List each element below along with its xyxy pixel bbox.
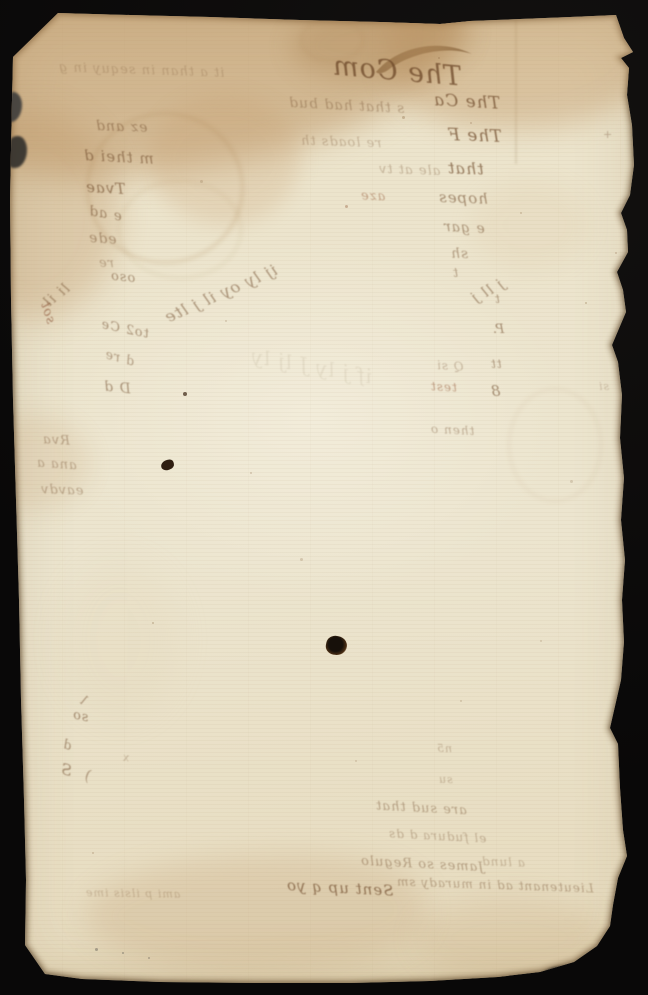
laid-paper-texture — [0, 0, 648, 995]
ink-fragment: eavdv — [40, 483, 84, 498]
foxing-speck — [615, 252, 617, 254]
tide-ring-stain — [300, 18, 364, 62]
ink-fragment: The Ca — [433, 92, 501, 112]
ink-fragment: m thei d — [83, 148, 154, 167]
ink-fragment: sh — [450, 247, 469, 262]
foxing-speck — [200, 180, 203, 183]
ink-dot — [183, 392, 187, 396]
foxing-speck — [520, 212, 522, 214]
ink-fragment: su — [438, 774, 453, 786]
ink-fragment: d re — [103, 348, 136, 368]
foxing-speck — [345, 205, 348, 208]
ink-fragment: P. — [492, 323, 504, 336]
ink-fragment: s that had bud — [288, 96, 405, 116]
ink-fragment: ) — [81, 767, 94, 783]
ink-fragment: ale at tv — [378, 163, 441, 178]
foxing-speck — [95, 948, 98, 951]
ink-fragment: to2 Ce — [99, 318, 150, 341]
ink-fragment: so — [71, 708, 90, 724]
ink-fragment: S — [58, 761, 74, 780]
document-scan: it a than in sequy in gThe ComThe Cas th… — [0, 0, 648, 995]
ink-fragment: aze — [360, 190, 386, 204]
ink-fragment: it a than in sequy in g — [58, 61, 225, 80]
ink-fragment: D d — [102, 380, 131, 397]
ink-fragment: l — [76, 694, 89, 706]
ink-fragment: + — [602, 129, 612, 140]
ink-fragment: are sud that — [375, 800, 467, 818]
ink-fragment: e ad — [87, 204, 123, 224]
paper-stain — [0, 110, 120, 320]
ink-fragment: n5 — [436, 743, 452, 755]
ink-fragment: sot — [38, 300, 57, 326]
ink-fragment: then o — [430, 423, 475, 437]
ink-fragment: Q si — [436, 359, 464, 373]
ink-fragment: ij ly oy il j lte — [162, 262, 280, 326]
foxing-speck — [152, 622, 154, 624]
paper-stain — [82, 846, 428, 979]
paper-stain — [0, 0, 468, 188]
paper-stain — [415, 895, 605, 980]
foxing-speck — [585, 302, 587, 304]
paper-stain — [150, 95, 300, 225]
ink-fragment: a lund — [481, 855, 525, 869]
foxing-speck — [570, 480, 573, 483]
manuscript-page: it a than in sequy in gThe ComThe Cas th… — [0, 0, 648, 995]
edge-residue — [6, 136, 27, 168]
foxing-speck — [92, 852, 94, 854]
ink-fragment: t — [452, 267, 458, 280]
ink-fragment: if j ly J lj ly — [249, 345, 373, 386]
paper-stain — [0, 415, 90, 510]
ink-fragment: James so Regulo — [360, 855, 484, 874]
ink-fragment: ana a — [36, 457, 78, 473]
edge-residue — [544, 966, 590, 980]
paper-edge-vignette — [0, 0, 648, 995]
ink-fragment: el fudura d ds — [388, 827, 487, 844]
ink-fragment: ez and — [95, 119, 148, 135]
ink-fragment: oso — [109, 270, 136, 286]
foxing-speck — [402, 116, 405, 119]
foxing-speck — [300, 558, 303, 561]
tide-ring-stain — [86, 112, 244, 264]
ink-fragment: x — [121, 751, 130, 763]
ink-fragment: 8 — [490, 384, 501, 399]
foxing-speck — [122, 952, 124, 954]
foxing-speck — [148, 957, 150, 959]
foxing-speck — [250, 472, 252, 474]
ink-fragment: d — [60, 738, 73, 753]
paper-crease — [515, 14, 517, 164]
ink-fragment: Lieutenant ad in murady sm — [396, 876, 594, 895]
ink-fragment: that — [447, 160, 484, 177]
tide-ring-stain — [118, 180, 242, 279]
ink-fragment: j ll j — [468, 277, 505, 306]
ink-fragment: ami p ilsis ime — [85, 887, 181, 900]
foxing-speck — [355, 760, 357, 762]
burn-hole — [325, 634, 349, 656]
foxing-speck — [460, 700, 462, 702]
foxing-speck — [225, 320, 227, 322]
ink-fragment: Rva — [42, 433, 71, 447]
ink-fragment: t — [494, 293, 500, 305]
foxing-speck — [470, 122, 472, 124]
ink-fragment: li il — [40, 281, 72, 311]
foxing-speck — [540, 640, 542, 642]
ink-fragment: tt — [490, 358, 502, 370]
ink-fragment: si — [598, 381, 609, 392]
paper-stain — [470, 180, 590, 270]
ink-fragment: e gar — [443, 220, 485, 236]
ink-fragment: Tvae — [85, 180, 126, 197]
ink-fragment: The F — [447, 127, 502, 146]
ink-fragment: hopes — [438, 190, 488, 207]
ink-flourish — [368, 38, 488, 84]
tide-ring-stain — [508, 388, 602, 502]
edge-residue — [2, 92, 22, 122]
torn-edge-outline — [0, 0, 648, 995]
edge-residue — [4, 676, 14, 696]
ink-fragment: re loads th — [300, 135, 382, 151]
ink-fragment: ede — [88, 231, 117, 247]
ink-fragment: Sent up q yo — [286, 878, 394, 899]
paper-stain — [60, 560, 180, 720]
ink-blot — [160, 458, 175, 471]
ink-fragment: re — [98, 257, 114, 271]
ink-fragment: test — [430, 380, 457, 393]
